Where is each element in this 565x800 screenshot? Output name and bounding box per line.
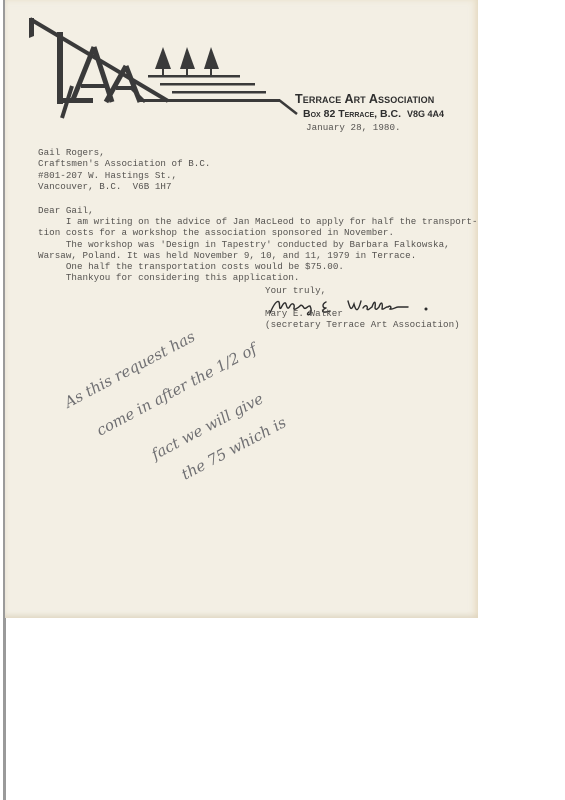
address-line: Box 82 Terrace, B.C. [303,108,401,120]
body-line: Warsaw, Poland. It was held November 9, … [38,250,478,261]
postal-code: V8G 4A4 [407,109,444,119]
signer-title: (secretary Terrace Art Association) [265,319,460,330]
letter-body: I am writing on the advice of Jan MacLeo… [38,216,478,284]
body-line: tion costs for a workshop the associatio… [38,227,478,238]
signer-block: Mary E. Walker(secretary Terrace Art Ass… [265,308,460,331]
organization-address: Box 82 Terrace, B.C.V8G 4A4 [303,108,444,120]
note-line: As this request has [60,330,198,412]
taa-logo-icon [20,14,310,119]
signer-name: Mary E. Walker [265,308,460,319]
handwritten-pencil-note: As this request has come in after the 1/… [60,330,320,490]
recipient-street: #801-207 W. Hastings St., [38,170,210,181]
recipient-address: Gail Rogers,Craftsmen's Association of B… [38,147,210,192]
body-line: Thankyou for considering this applicatio… [38,272,478,283]
recipient-city: Vancouver, B.C. V6B 1H7 [38,181,210,192]
body-line: I am writing on the advice of Jan MacLeo… [38,216,478,227]
body-line: One half the transportation costs would … [38,261,478,272]
recipient-organization: Craftsmen's Association of B.C. [38,158,210,169]
salutation: Dear Gail, [38,205,94,216]
organization-name: Terrace Art Association [295,92,434,106]
letter-date: January 28, 1980. [306,122,401,133]
closing: Your truly, [265,285,326,296]
body-line: The workshop was 'Design in Tapestry' co… [38,239,478,250]
recipient-name: Gail Rogers, [38,147,210,158]
